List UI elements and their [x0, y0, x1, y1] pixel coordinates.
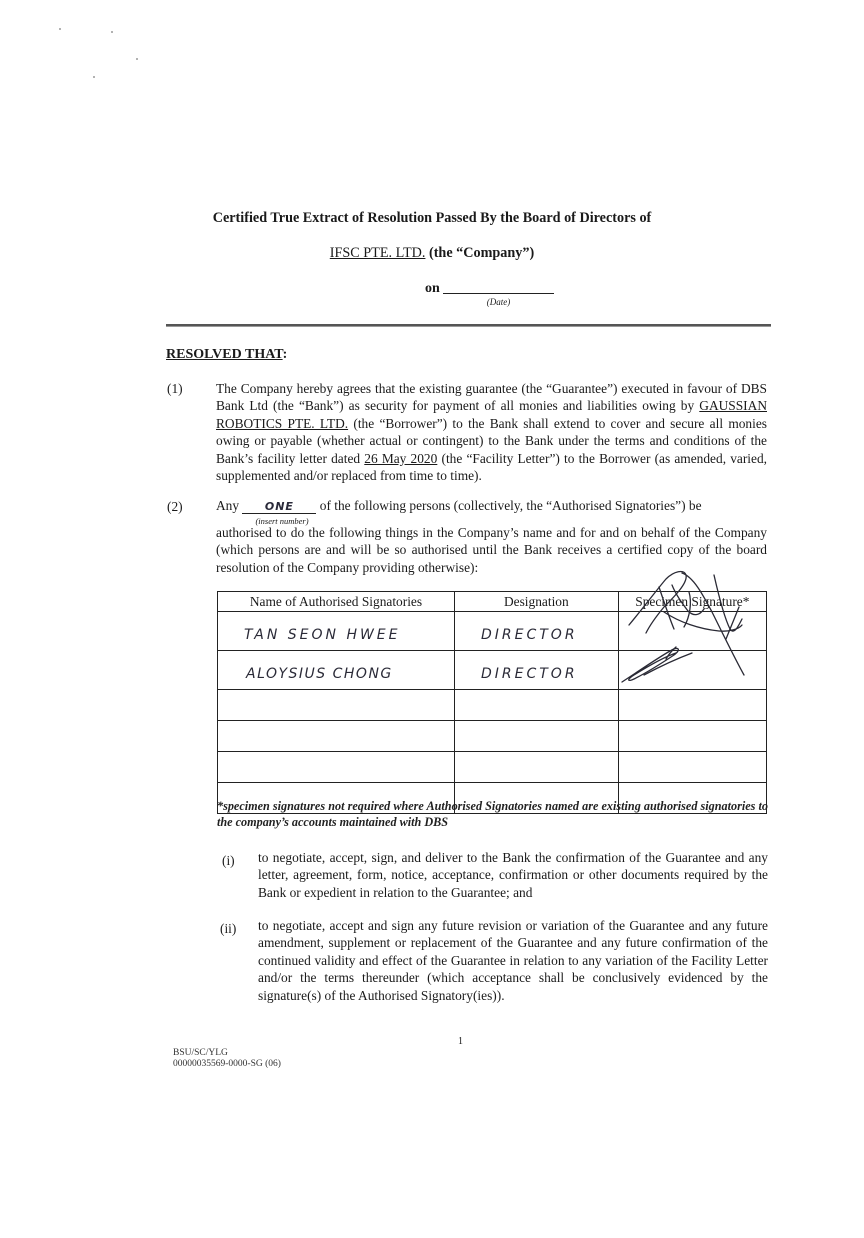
page-number: 1 — [458, 1036, 463, 1047]
table-row — [218, 721, 767, 752]
paragraph-2-first-line: Any ONE of the following persons (collec… — [216, 498, 702, 514]
reference-line-1: BSU/SC/YLG — [173, 1048, 281, 1059]
sub-item-ii-number: (ii) — [220, 921, 236, 937]
signatory-designation[interactable] — [455, 721, 619, 752]
table-row: TAN SEON HWEE DIRECTOR — [218, 612, 767, 651]
document-title: Certified True Extract of Resolution Pas… — [0, 210, 864, 227]
table-row — [218, 752, 767, 783]
signatories-table: Name of Authorised Signatories Designati… — [217, 591, 767, 814]
paragraph-2-number: (2) — [167, 499, 183, 515]
document-reference: BSU/SC/YLG 00000035569-0000-SG (06) — [173, 1048, 281, 1070]
reference-line-2: 00000035569-0000-SG (06) — [173, 1059, 281, 1070]
signatory-designation[interactable]: DIRECTOR — [455, 651, 619, 690]
signatory-name[interactable] — [218, 721, 455, 752]
date-field[interactable] — [443, 293, 554, 294]
signatory-designation[interactable] — [455, 690, 619, 721]
signatory-name[interactable]: ALOYSIUS CHONG — [218, 651, 455, 690]
company-name: IFSC PTE. LTD. — [330, 245, 426, 261]
table-row: ALOYSIUS CHONG DIRECTOR — [218, 651, 767, 690]
signatory-name[interactable] — [218, 690, 455, 721]
sub-item-i: to negotiate, accept, sign, and deliver … — [258, 849, 768, 901]
number-of-signatories-field[interactable]: ONE — [242, 500, 316, 514]
scan-speck — [59, 28, 61, 30]
signatory-designation[interactable] — [455, 752, 619, 783]
facility-date: 26 May 2020 — [364, 451, 437, 466]
header-name: Name of Authorised Signatories — [218, 592, 455, 612]
header-designation: Designation — [455, 592, 619, 612]
scan-speck — [111, 31, 113, 33]
on-label: on — [425, 281, 440, 297]
sub-item-ii: to negotiate, accept and sign any future… — [258, 917, 768, 1004]
table-footnote: *specimen signatures not required where … — [217, 799, 768, 830]
signatory-signature[interactable] — [618, 752, 766, 783]
signatory-designation[interactable]: DIRECTOR — [455, 612, 619, 651]
header-divider — [166, 324, 771, 327]
signatory-name[interactable] — [218, 752, 455, 783]
table-header-row: Name of Authorised Signatories Designati… — [218, 592, 767, 612]
paragraph-2: authorised to do the following things in… — [216, 524, 767, 576]
paragraph-1: The Company hereby agrees that the exist… — [216, 380, 767, 484]
scan-speck — [136, 58, 138, 60]
signatory-name[interactable]: TAN SEON HWEE — [218, 612, 455, 651]
scan-speck — [93, 76, 95, 78]
signatory-signature[interactable] — [618, 721, 766, 752]
signatory-signature[interactable] — [618, 651, 766, 690]
signatory-signature[interactable] — [618, 690, 766, 721]
header-signature: Specimen Signature* — [618, 592, 766, 612]
company-tag: (the “Company”) — [425, 245, 534, 261]
signatory-signature[interactable] — [618, 612, 766, 651]
paragraph-1-number: (1) — [167, 381, 183, 397]
table-row — [218, 690, 767, 721]
date-hint: (Date) — [443, 297, 554, 307]
sub-item-i-number: (i) — [222, 853, 235, 869]
resolved-heading: RESOLVED THAT: — [166, 347, 287, 363]
company-line: IFSC PTE. LTD. (the “Company”) — [0, 245, 864, 262]
